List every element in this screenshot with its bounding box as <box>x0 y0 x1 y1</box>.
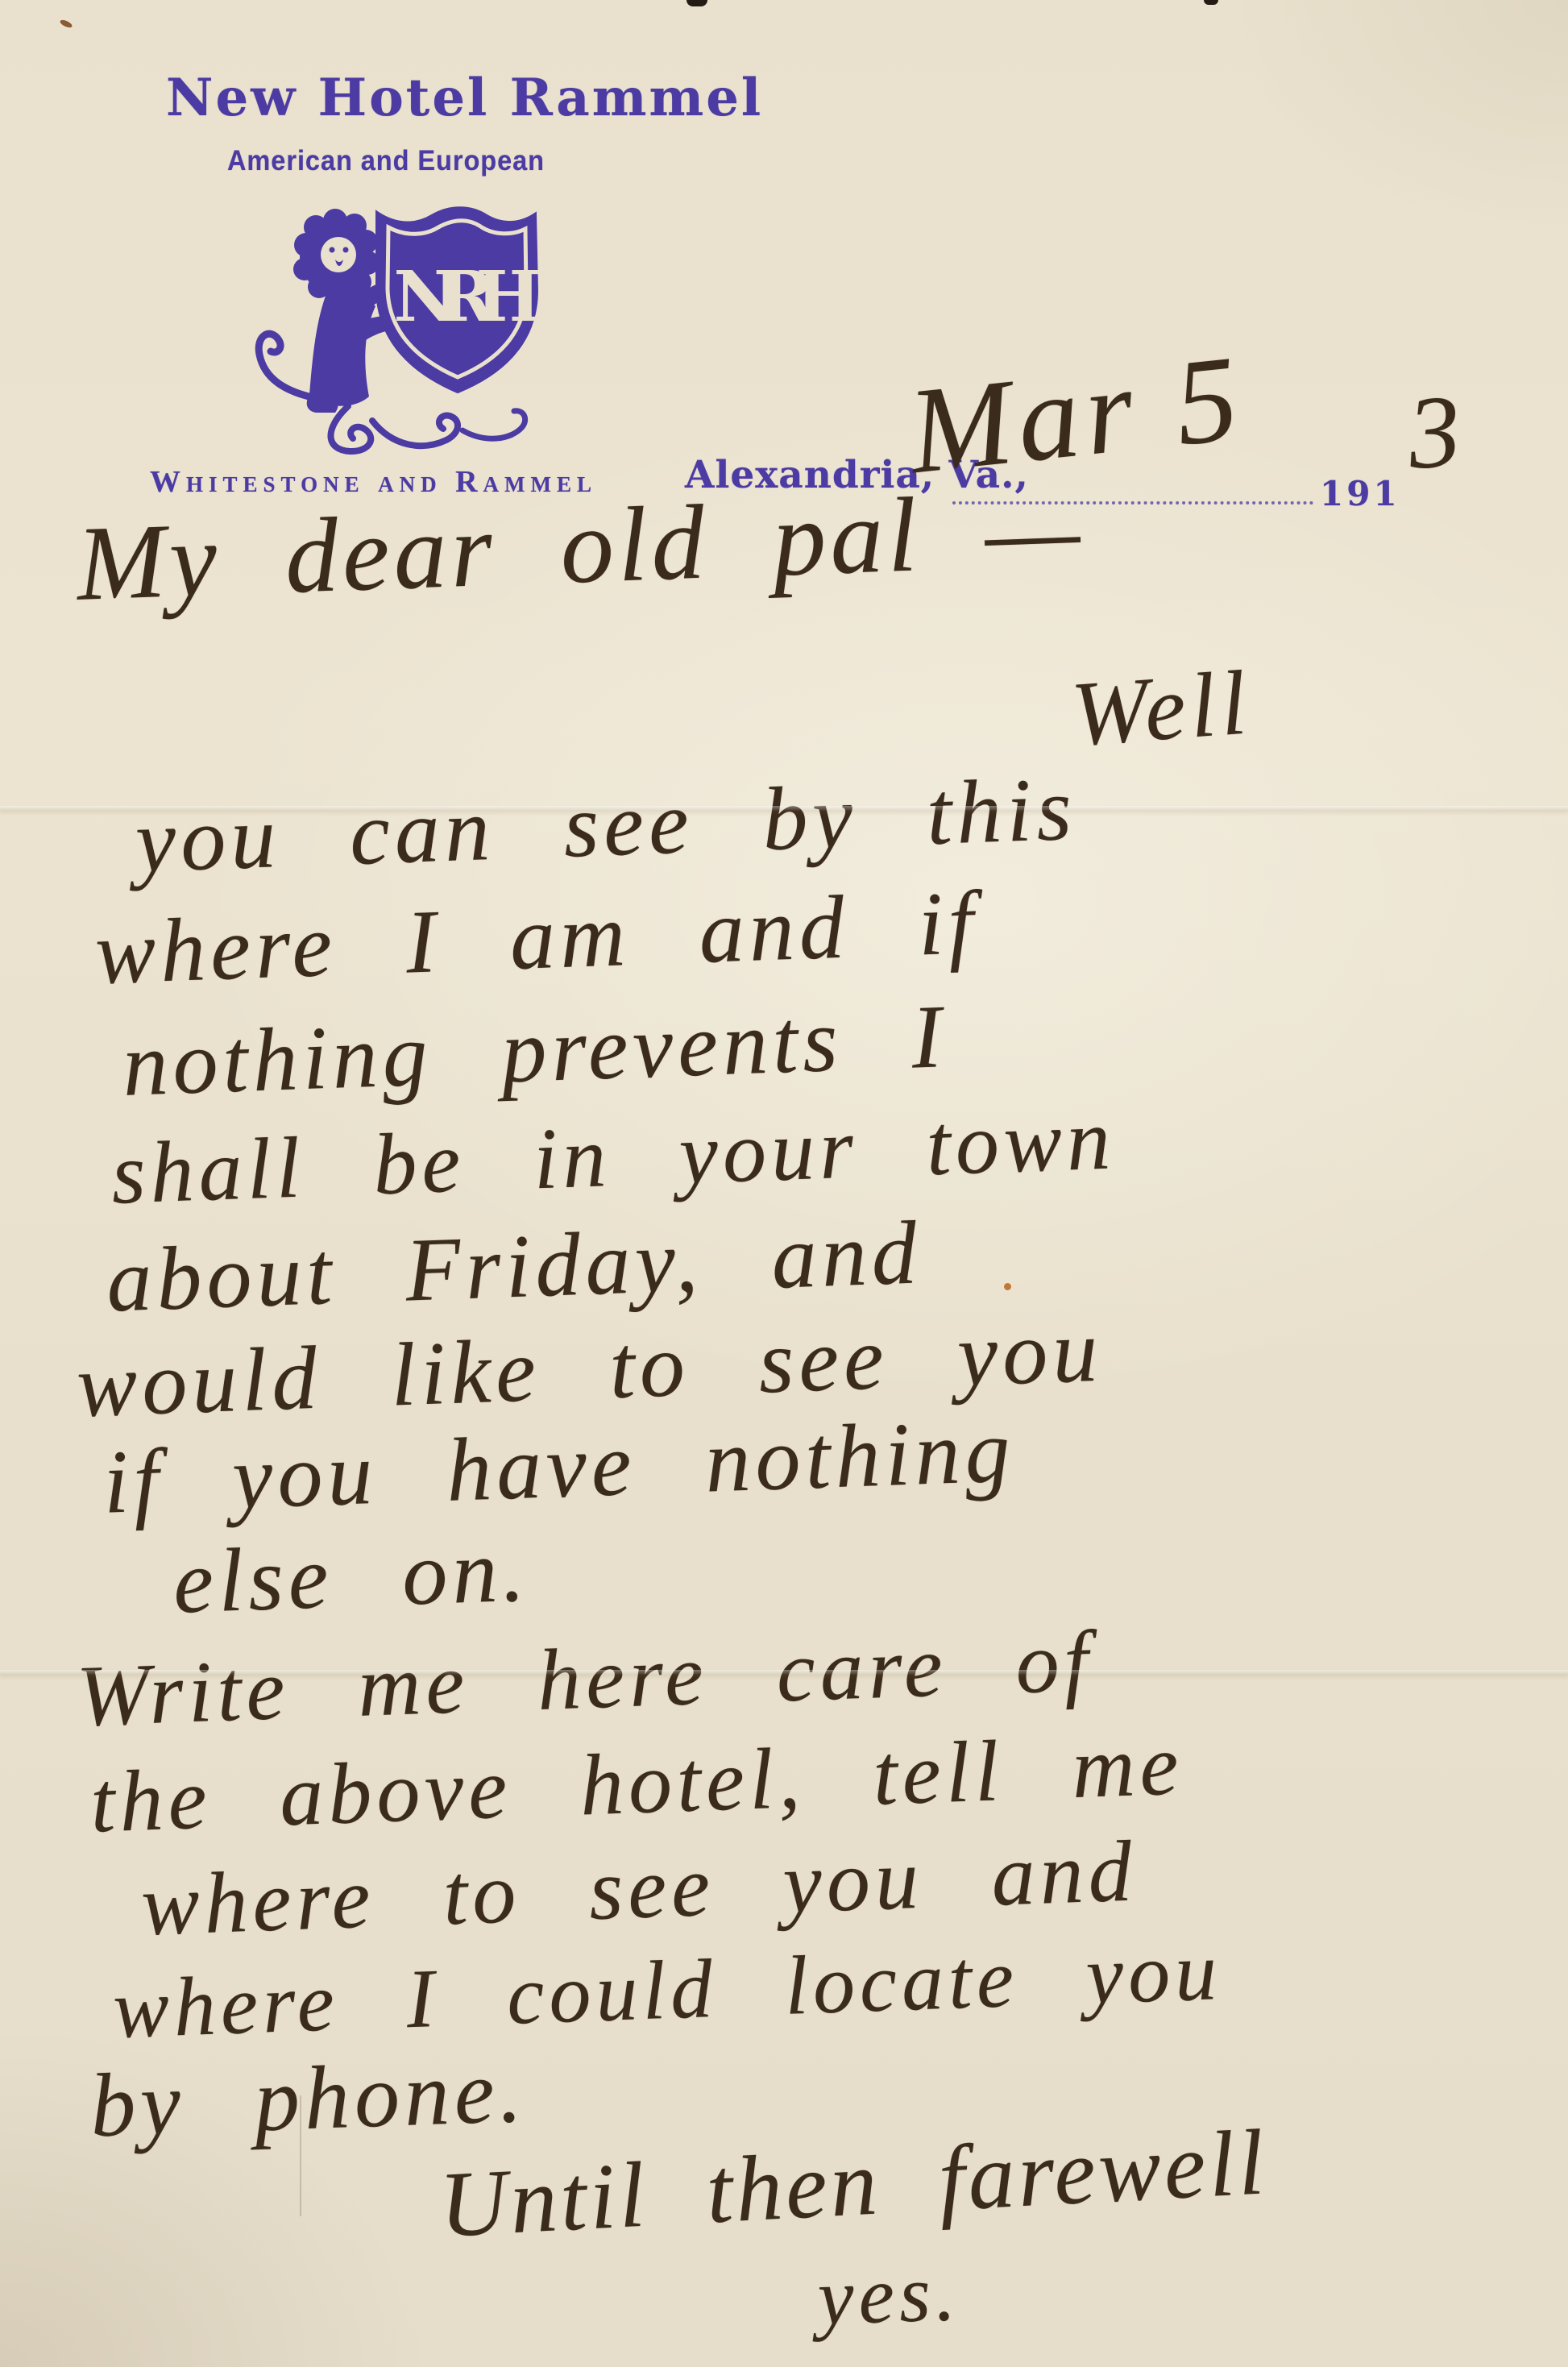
paper-speck <box>1004 1283 1011 1290</box>
monogram: NRH <box>393 256 538 338</box>
handwritten-line: by phone. <box>89 2046 528 2152</box>
hotel-name: New Hotel Rammel <box>166 68 763 128</box>
paper-speck <box>59 19 73 29</box>
paper-fold-crease <box>0 806 1568 811</box>
handwritten-line: where to see you and <box>139 1828 1138 1950</box>
scan-edge-mark <box>687 0 707 6</box>
lion-face <box>321 237 356 272</box>
scroll-flourish-left <box>330 406 371 451</box>
closing-line: Until then farewell <box>438 2116 1270 2253</box>
hotel-crest-logo: NRH <box>235 195 541 465</box>
paper-scratch <box>300 2095 301 2216</box>
handwritten-line: shall be in your town <box>110 1096 1116 1218</box>
hotel-subtitle: American and European <box>227 145 545 177</box>
scan-edge-mark <box>1204 0 1218 5</box>
handwritten-line: Well <box>1068 656 1254 760</box>
handwritten-line: nothing prevents I <box>121 991 948 1111</box>
handwritten-line: where I am and if <box>93 878 979 999</box>
year-prefix: 191 <box>1320 474 1400 513</box>
signature: yes. <box>816 2253 961 2338</box>
handwritten-line: you can see by this <box>134 764 1077 887</box>
handwritten-line: Write me here care of <box>75 1618 1094 1741</box>
paper-fold-crease <box>0 1670 1568 1675</box>
handwritten-year-digit: 3 <box>1405 379 1464 485</box>
letter-page: New Hotel Rammel American and European <box>0 0 1568 2367</box>
handwritten-line: else on. <box>172 1525 531 1627</box>
scroll-flourish-right <box>463 411 525 438</box>
scroll-flourish-center <box>372 416 458 446</box>
lion-tail <box>259 334 316 398</box>
handwritten-line: about Friday, and <box>105 1207 923 1326</box>
